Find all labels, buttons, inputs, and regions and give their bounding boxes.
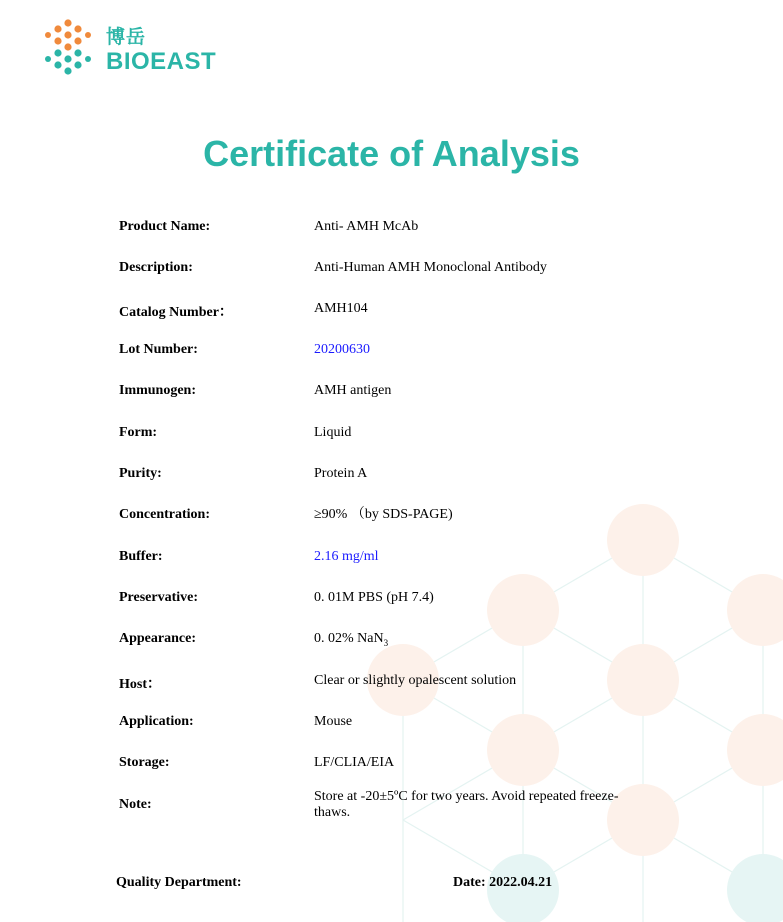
note-value: Store at -20±5ºC for two years. Avoid re… (314, 789, 654, 821)
host-value: Clear or slightly opalescent solution (314, 673, 654, 689)
lot-number-value: 20200630 (314, 342, 654, 358)
purity-value: Protein A (314, 466, 654, 482)
quality-department-label: Quality Department: (116, 875, 242, 891)
catalog-number-label: Catalog Number： (119, 301, 233, 321)
page-title: Certificate of Analysis (0, 133, 783, 175)
description-value: Anti-Human AMH Monoclonal Antibody (314, 260, 654, 276)
form-label: Form: (119, 425, 157, 441)
catalog-number-value: AMH104 (314, 301, 654, 317)
form-value: Liquid (314, 425, 654, 441)
immunogen-value: AMH antigen (314, 383, 654, 399)
storage-label: Storage: (119, 755, 170, 771)
bioeast-logo: 博岳 BIOEAST (42, 18, 232, 78)
immunogen-label: Immunogen: (119, 383, 196, 399)
note-label: Note: (119, 797, 152, 813)
purity-label: Purity: (119, 466, 162, 482)
appearance-value: 0. 02% NaN3 (314, 631, 654, 651)
description-label: Description: (119, 260, 193, 276)
subscript: 3 (384, 638, 389, 648)
preservative-label: Preservative: (119, 590, 198, 606)
buffer-value: 2.16 mg/ml (314, 549, 654, 565)
concentration-value: ≥90% （by SDS-PAGE) (314, 507, 654, 523)
storage-value: LF/CLIA/EIA (314, 755, 654, 771)
product-name-value: Anti- AMH McAb (314, 219, 654, 235)
host-label: Host： (119, 673, 161, 693)
product-name-label: Product Name: (119, 219, 210, 235)
logo-chinese-text: 博岳 (106, 22, 146, 49)
application-value: Mouse (314, 714, 654, 730)
date-label: Date: 2022.04.21 (453, 875, 552, 891)
concentration-label: Concentration: (119, 507, 210, 523)
appearance-label: Appearance: (119, 631, 196, 647)
buffer-label: Buffer: (119, 549, 163, 565)
application-label: Application: (119, 714, 194, 730)
preservative-value: 0. 01M PBS (pH 7.4) (314, 590, 654, 606)
lot-number-label: Lot Number: (119, 342, 198, 358)
logo-english-text: BIOEAST (106, 48, 216, 76)
logo-dots-icon (42, 18, 98, 78)
